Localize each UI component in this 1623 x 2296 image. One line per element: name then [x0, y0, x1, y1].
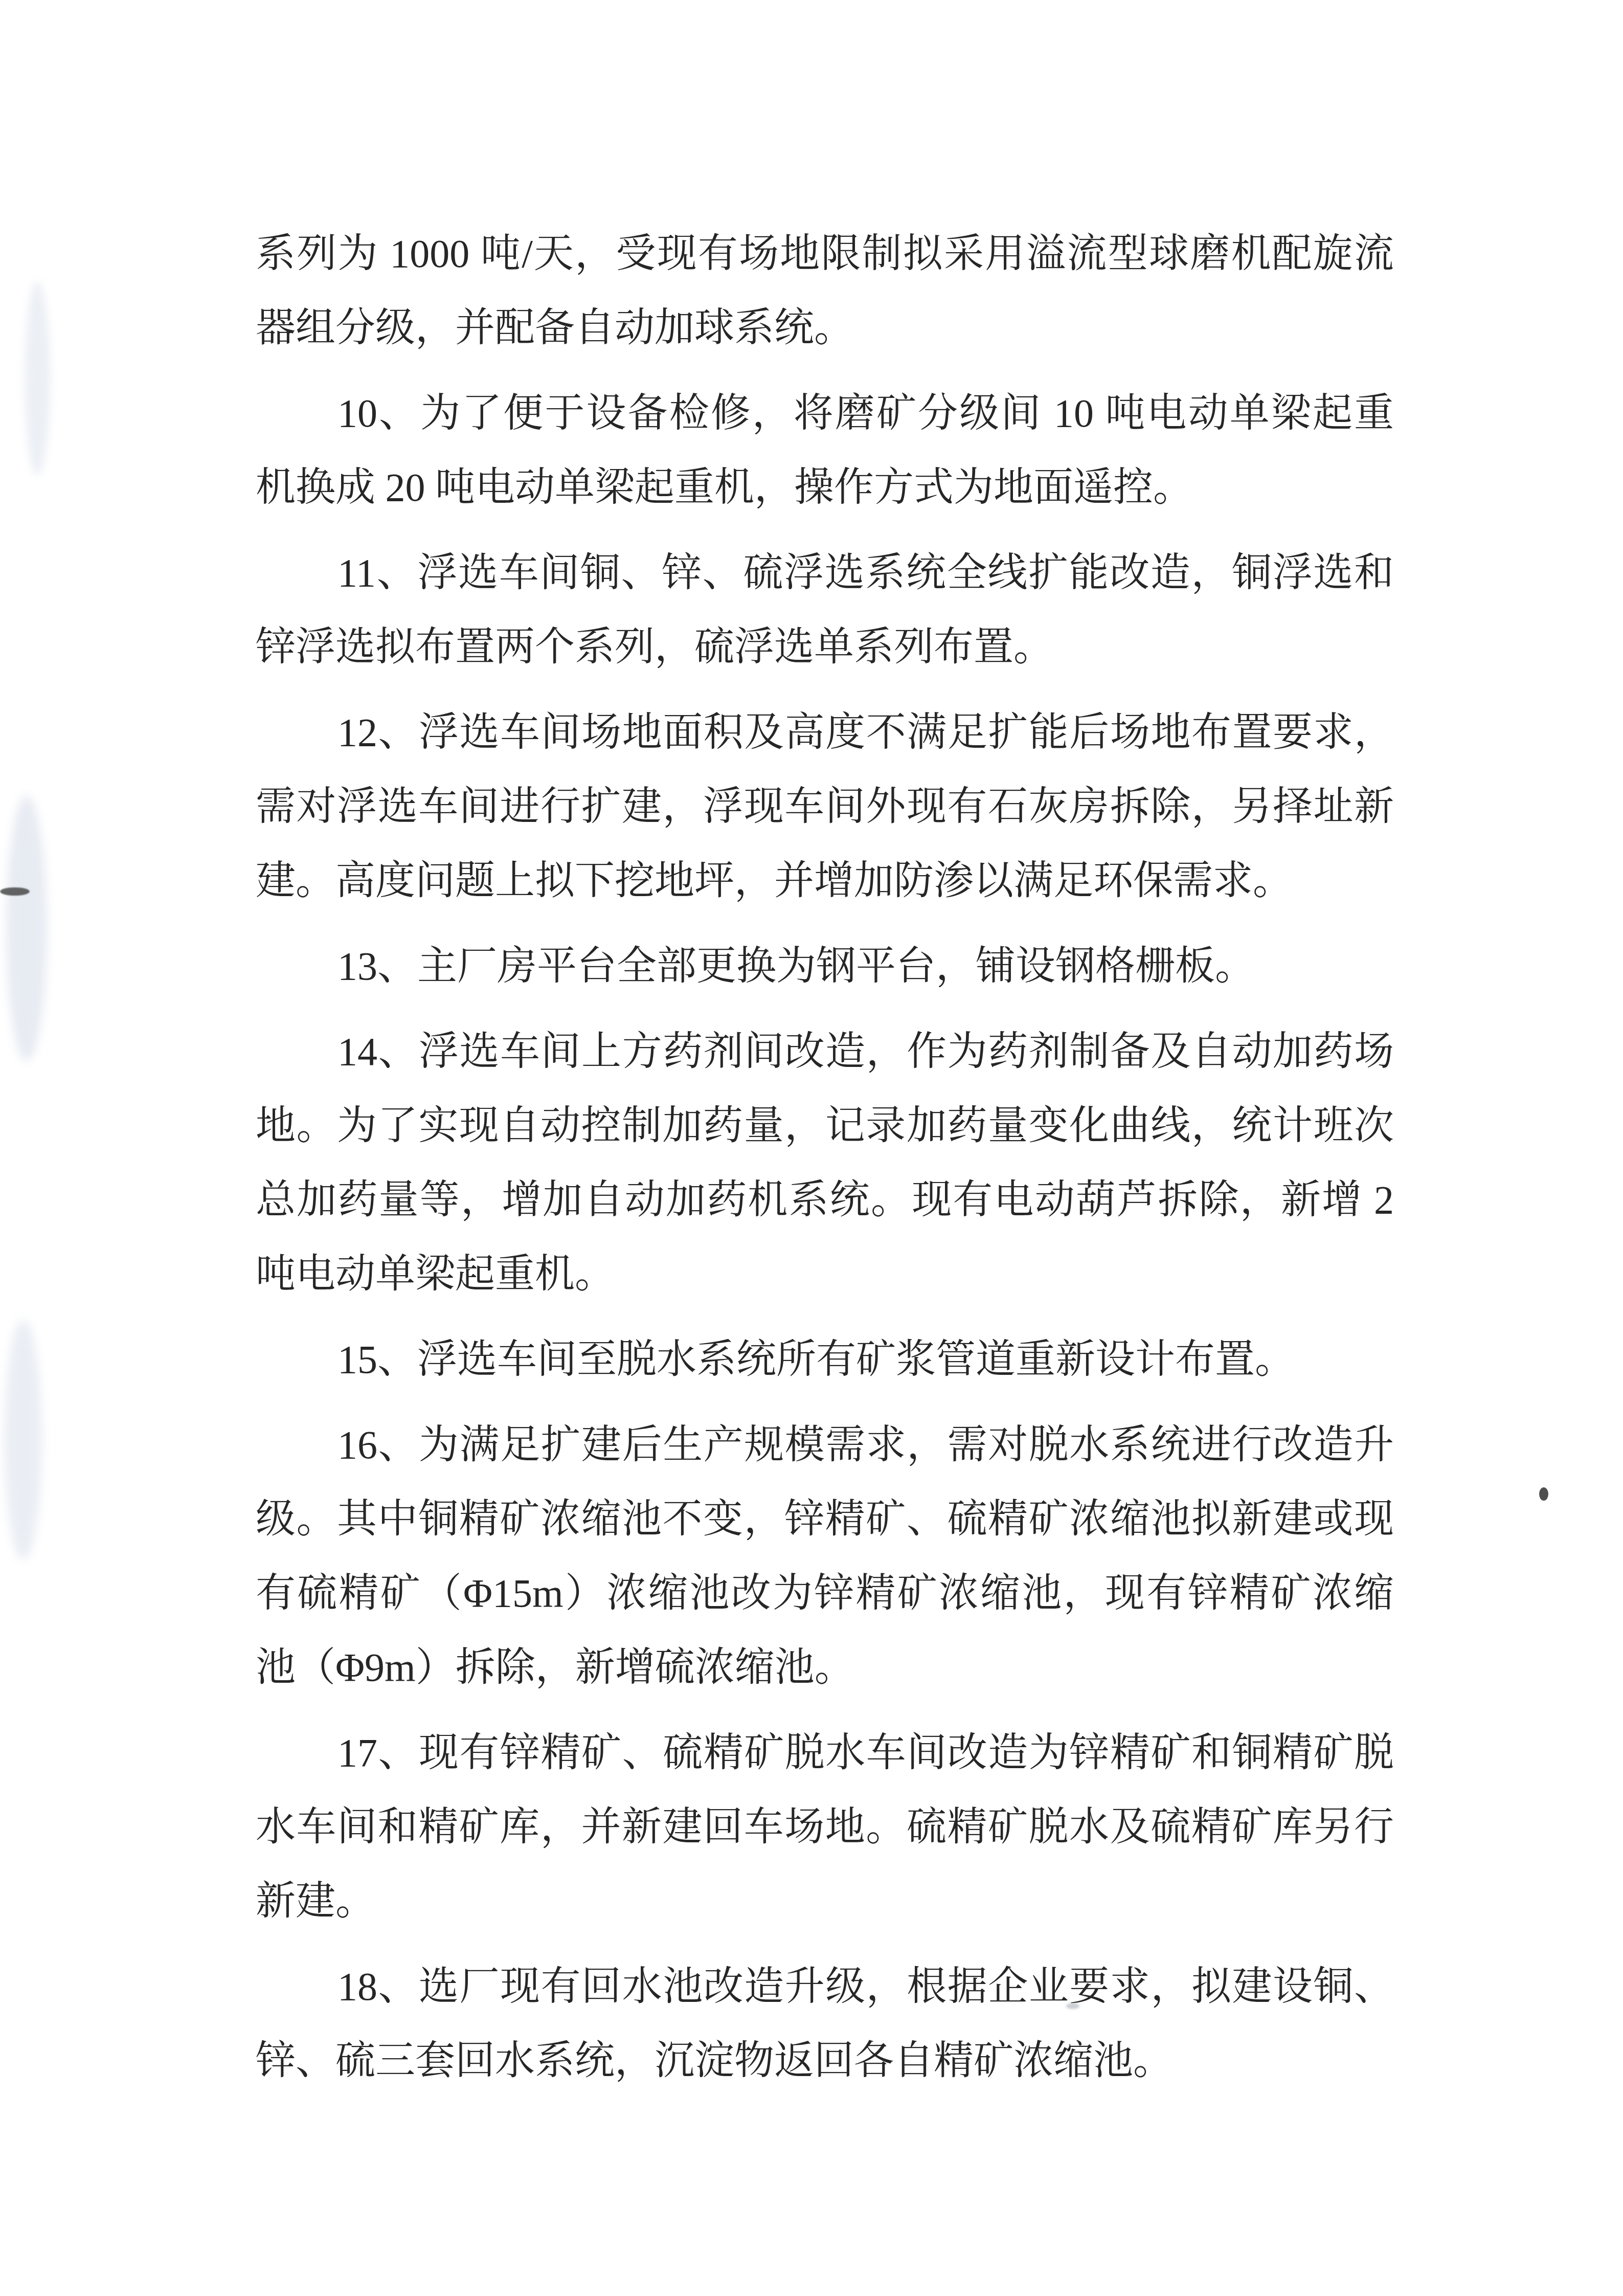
text-line: 锌、硫三套回水系统，沉淀物返回各自精矿浓缩池。 — [256, 2023, 1394, 2098]
text-line: 12、浮选车间场地面积及高度不满足扩能后场地布置要求， — [256, 695, 1394, 769]
text-line: 系列为 1000 吨/天，受现有场地限制拟采用溢流型球磨机配旋流 — [256, 216, 1394, 291]
text-line: 水车间和精矿库，并新建回车场地。硫精矿脱水及硫精矿库另行 — [256, 1790, 1394, 1864]
text-line: 池（Φ9m）拆除，新增硫浓缩池。 — [256, 1630, 1394, 1704]
paragraph-18: 18、选厂现有回水池改造升级，根据企业要求，拟建设铜、锌、硫三套回水系统，沉淀物… — [256, 1949, 1394, 2098]
text-line: 器组分级，并配备自动加球系统。 — [256, 291, 1394, 365]
paragraph-14: 14、浮选车间上方药剂间改造，作为药剂制备及自动加药场地。为了实现自动控制加药量… — [256, 1014, 1394, 1311]
text-line: 级。其中铜精矿浓缩池不变，锌精矿、硫精矿浓缩池拟新建或现 — [256, 1482, 1394, 1556]
left-edge-dark-dash — [0, 887, 30, 896]
text-line: 16、为满足扩建后生产规模需求，需对脱水系统进行改造升 — [256, 1408, 1394, 1482]
text-line: 有硫精矿（Φ15m）浓缩池改为锌精矿浓缩池，现有锌精矿浓缩 — [256, 1556, 1394, 1630]
paragraph-11: 11、浮选车间铜、锌、硫浮选系统全线扩能改造，铜浮选和锌浮选拟布置两个系列，硫浮… — [256, 536, 1394, 684]
paragraph-17: 17、现有锌精矿、硫精矿脱水车间改造为锌精矿和铜精矿脱水车间和精矿库，并新建回车… — [256, 1715, 1394, 1938]
text-line: 15、浮选车间至脱水系统所有矿浆管道重新设计布置。 — [256, 1322, 1394, 1396]
text-line: 地。为了实现自动控制加药量，记录加药量变化曲线，统计班次 — [256, 1088, 1394, 1163]
text-line: 13、主厂房平台全部更换为钢平台，铺设钢格栅板。 — [256, 929, 1394, 1003]
ink-speck — [1539, 1487, 1548, 1501]
text-line: 新建。 — [256, 1864, 1394, 1938]
paragraph-15: 15、浮选车间至脱水系统所有矿浆管道重新设计布置。 — [256, 1322, 1394, 1396]
text-line: 机换成 20 吨电动单梁起重机，操作方式为地面遥控。 — [256, 450, 1394, 524]
left-margin-smudge-1 — [25, 281, 50, 476]
text-line: 11、浮选车间铜、锌、硫浮选系统全线扩能改造，铜浮选和 — [256, 536, 1394, 610]
document-page: 系列为 1000 吨/天，受现有场地限制拟采用溢流型球磨机配旋流器组分级，并配备… — [0, 0, 1623, 2296]
text-line: 18、选厂现有回水池改造升级，根据企业要求，拟建设铜、 — [256, 1949, 1394, 2023]
text-line: 10、为了便于设备检修，将磨矿分级间 10 吨电动单梁起重 — [256, 376, 1394, 450]
text-line: 需对浮选车间进行扩建，浮现车间外现有石灰房拆除，另择址新 — [256, 769, 1394, 843]
text-line: 17、现有锌精矿、硫精矿脱水车间改造为锌精矿和铜精矿脱 — [256, 1715, 1394, 1790]
text-line: 锌浮选拟布置两个系列，硫浮选单系列布置。 — [256, 610, 1394, 684]
paragraph-12: 12、浮选车间场地面积及高度不满足扩能后场地布置要求，需对浮选车间进行扩建，浮现… — [256, 695, 1394, 918]
text-line: 建。高度问题上拟下挖地坪，并增加防渗以满足环保需求。 — [256, 843, 1394, 918]
paragraph-10: 10、为了便于设备检修，将磨矿分级间 10 吨电动单梁起重机换成 20 吨电动单… — [256, 376, 1394, 524]
document-text-block: 系列为 1000 吨/天，受现有场地限制拟采用溢流型球磨机配旋流器组分级，并配备… — [256, 216, 1394, 2098]
text-line: 吨电动单梁起重机。 — [256, 1237, 1394, 1311]
left-margin-smudge-3 — [4, 1320, 42, 1560]
paragraph-13: 13、主厂房平台全部更换为钢平台，铺设钢格栅板。 — [256, 929, 1394, 1003]
paragraph-16: 16、为满足扩建后生产规模需求，需对脱水系统进行改造升级。其中铜精矿浓缩池不变，… — [256, 1408, 1394, 1704]
left-margin-smudge-2 — [6, 795, 47, 1061]
text-line: 14、浮选车间上方药剂间改造，作为药剂制备及自动加药场 — [256, 1014, 1394, 1088]
paragraph-9-continuation: 系列为 1000 吨/天，受现有场地限制拟采用溢流型球磨机配旋流器组分级，并配备… — [256, 216, 1394, 365]
text-line: 总加药量等，增加自动加药机系统。现有电动葫芦拆除，新增 2 — [256, 1163, 1394, 1237]
